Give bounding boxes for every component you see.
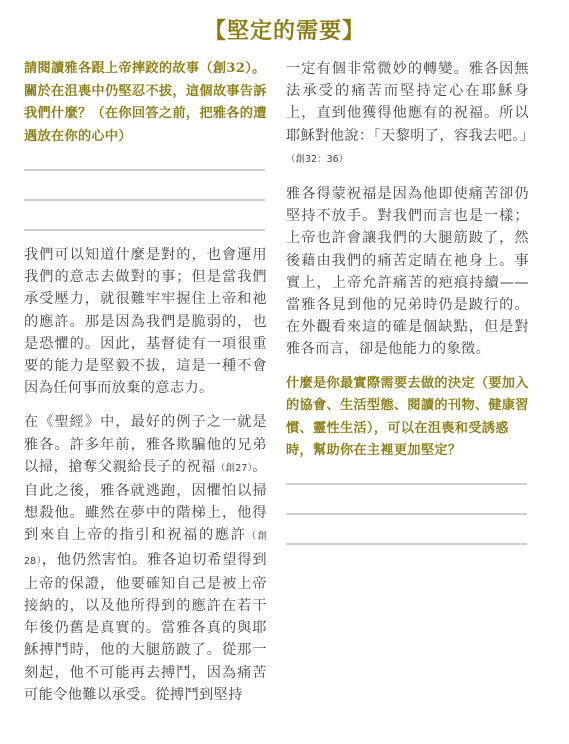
answer-line[interactable] [286, 513, 527, 515]
answer-line[interactable] [24, 199, 265, 201]
answer-lines-1[interactable] [24, 169, 267, 231]
scripture-reference: （創32：36） [286, 154, 348, 165]
body-paragraph-3: 一定有個非常微妙的轉變。雅各因無法承受的痛苦而堅持定心在耶穌身上，直到他獲得他應… [286, 58, 529, 171]
right-column: 一定有個非常微妙的轉變。雅各因無法承受的痛苦而堅持定心在耶穌身上，直到他獲得他應… [286, 58, 529, 545]
left-column: 請閱讀雅各跟上帝摔跤的故事（創32）。關於在沮喪中仍堅忍不拔，這個故事告訴我們什… [24, 58, 267, 706]
scripture-reference: （創27） [216, 463, 253, 474]
page-title: 【堅定的需要】 [0, 14, 569, 45]
answer-lines-2[interactable] [286, 483, 529, 545]
body-paragraph-1: 我們可以知道什麼是對的，也會運用我們的意志去做對的事；但是當我們承受壓力，就很難… [24, 244, 267, 399]
body-paragraph-2: 在《聖經》中，最好的例子之一就是雅各。許多年前，雅各欺騙他的兄弟以掃，搶奪父親給… [24, 411, 267, 706]
paragraph-text: 一定有個非常微妙的轉變。雅各因無法承受的痛苦而堅持定心在耶穌身上，直到他獲得他應… [286, 61, 534, 144]
reflection-prompt-1: 請閱讀雅各跟上帝摔跤的故事（創32）。關於在沮喪中仍堅忍不拔，這個故事告訴我們什… [24, 58, 267, 148]
answer-line[interactable] [24, 229, 265, 231]
answer-line[interactable] [286, 483, 527, 485]
reflection-prompt-2: 什麼是你最實際需要去做的決定（要加入的協會、生活型態、閱讀的刊物、健康習慣、靈性… [286, 373, 529, 463]
answer-line[interactable] [286, 543, 527, 545]
body-paragraph-4: 雅各得蒙祝福是因為他即使痛苦卻仍堅持不放手。對我們而言也是一樣；上帝也許會讓我們… [286, 183, 529, 361]
paragraph-text: ，他仍然害怕。雅各迫切希望得到上帝的保證，他要確知自己是被上帝接納的，以及他所得… [24, 552, 267, 703]
answer-line[interactable] [24, 169, 265, 171]
